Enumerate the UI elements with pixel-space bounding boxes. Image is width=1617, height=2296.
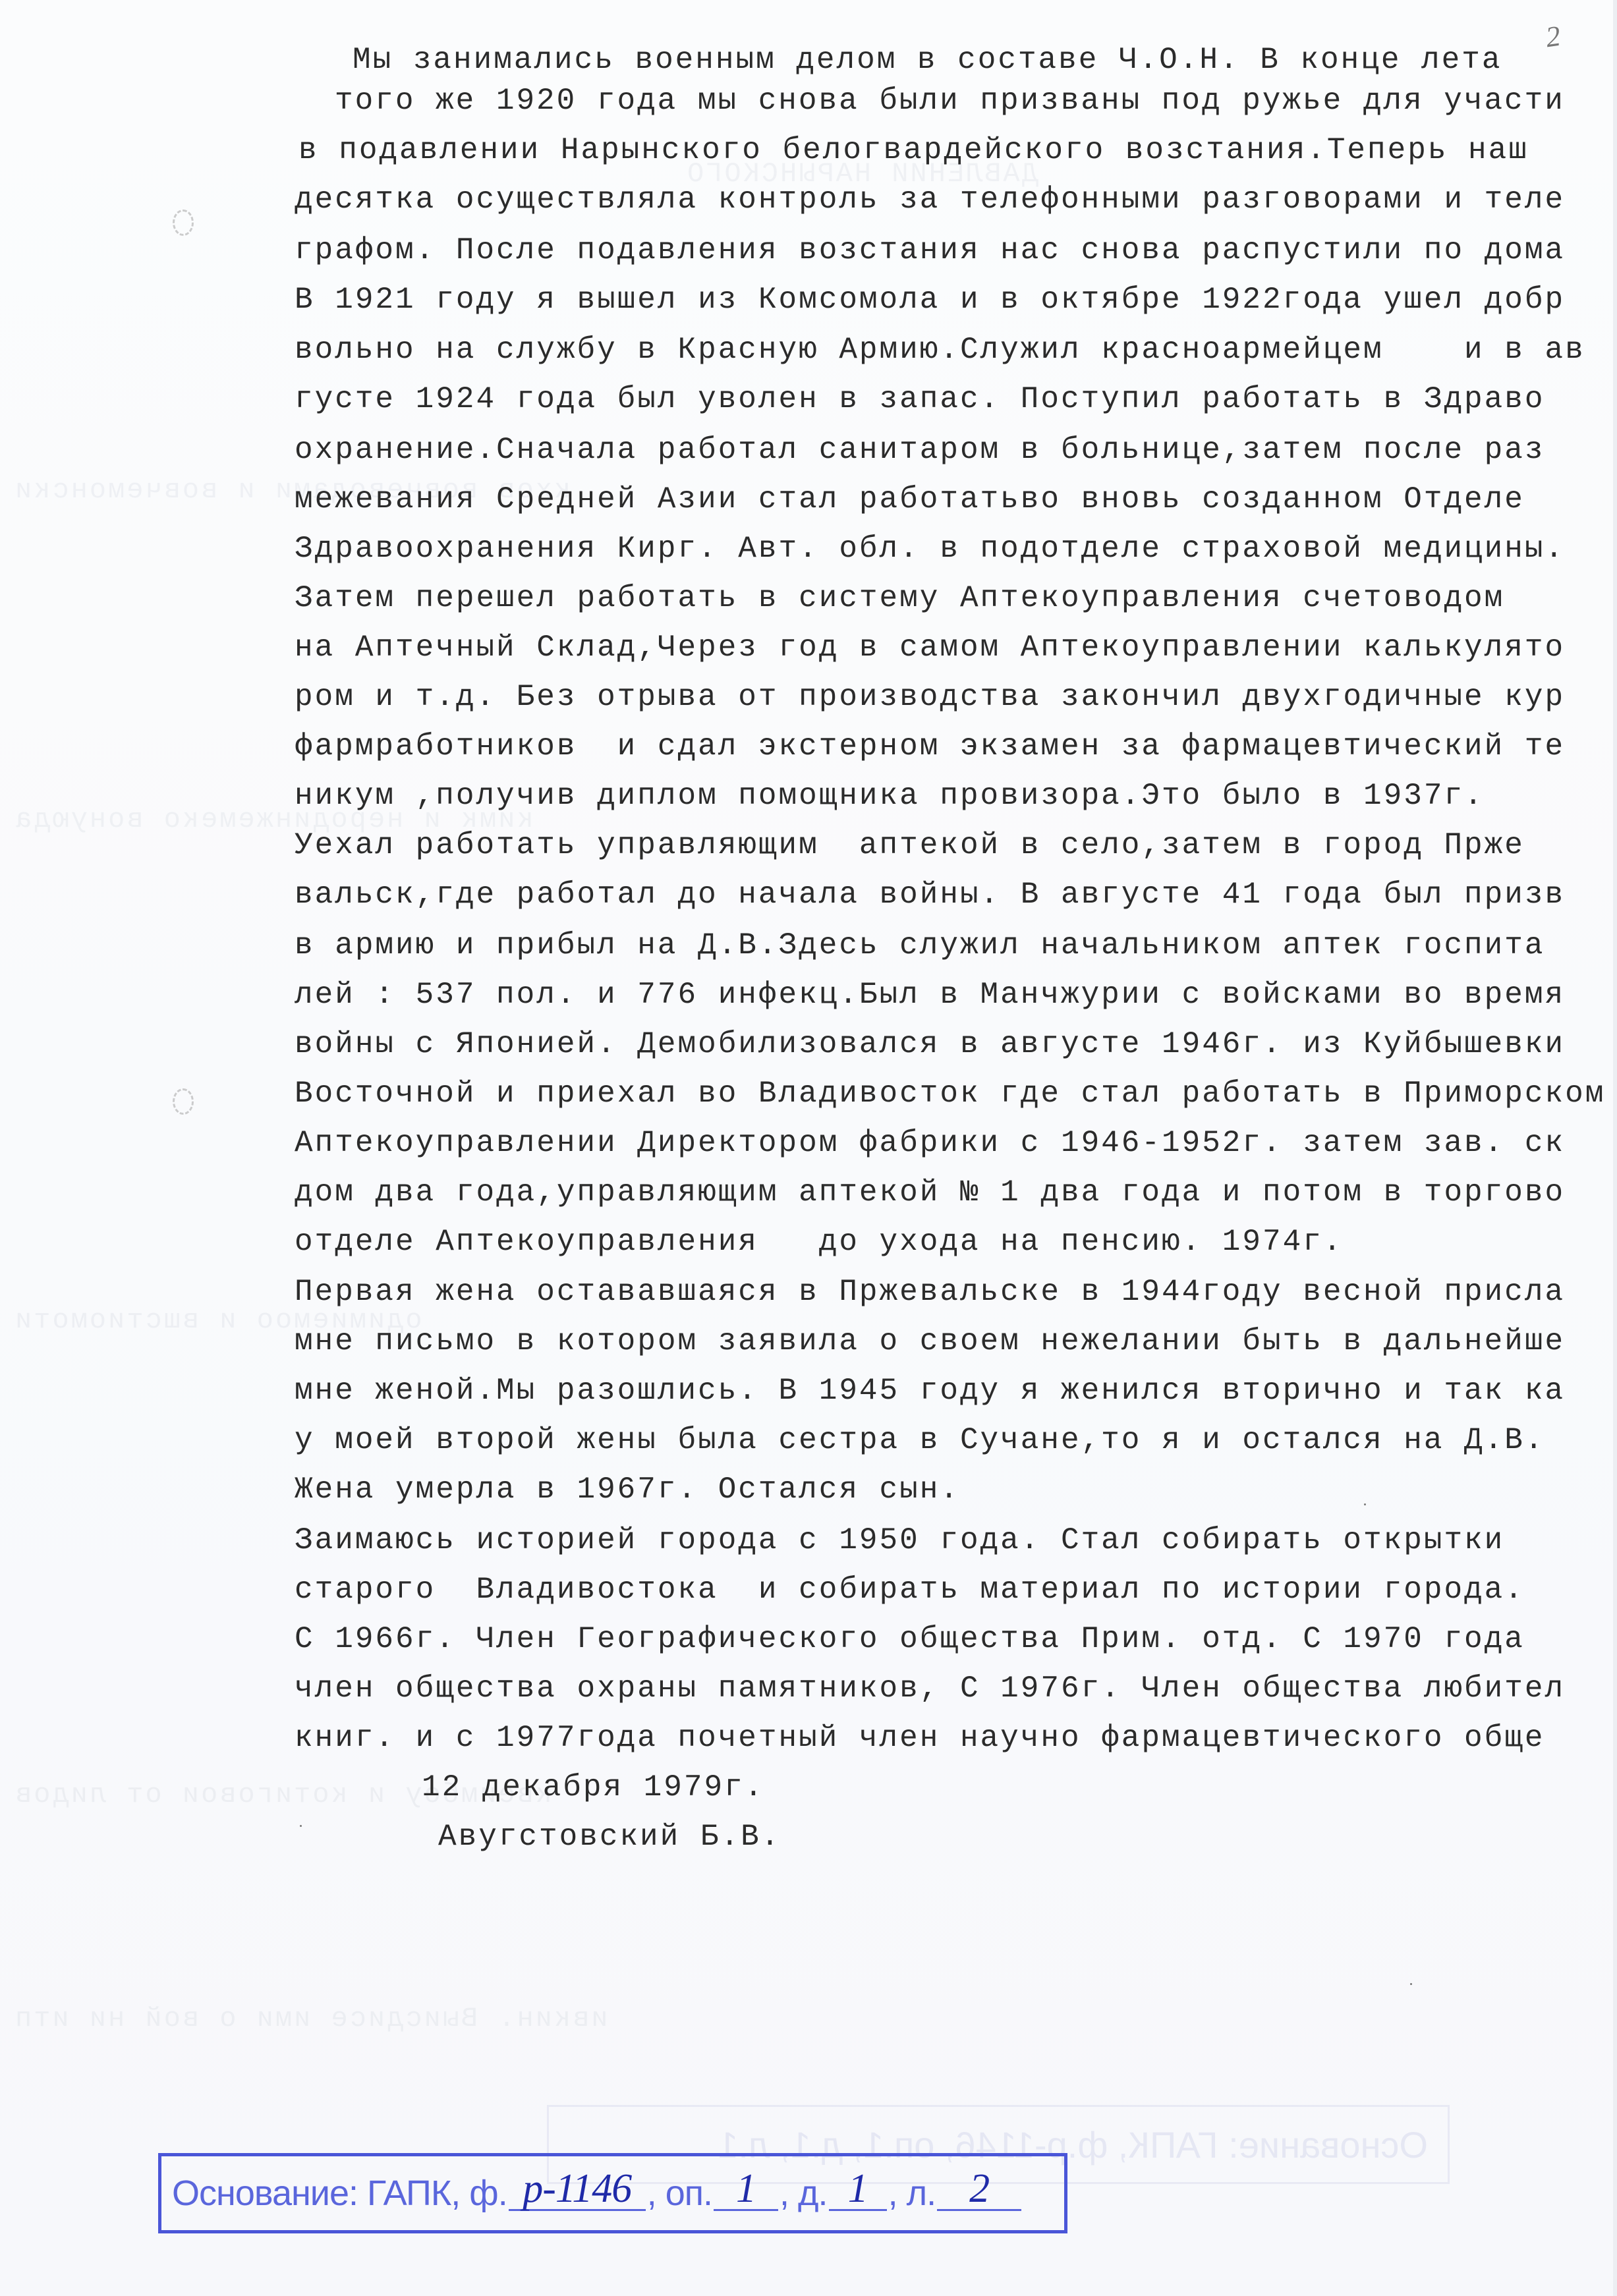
- stamp-delo-value: 1: [829, 2168, 887, 2211]
- signature-line: Авугстовский Б.В.: [438, 1822, 781, 1852]
- text-line: мне письмо в котором заявила о своем неж…: [295, 1326, 1565, 1357]
- text-line: Заимаюсь историей города с 1950 года. Ст…: [295, 1525, 1504, 1555]
- text-line: в армию и прибыл на Д.В.Здесь служил нач…: [295, 930, 1545, 961]
- stamp-list-label: , л.: [888, 2173, 936, 2214]
- text-line: Аптекоуправлении Директором фабрики с 19…: [295, 1128, 1565, 1158]
- punch-hole-mark: [173, 1088, 194, 1115]
- stamp-prefix: Основание: ГАПК, ф.: [172, 2173, 507, 2214]
- text-line: на Аптечный Склад,Через год в самом Апте…: [295, 632, 1565, 663]
- scan-speck: [1364, 1503, 1366, 1505]
- scan-speck: [1410, 1983, 1412, 1985]
- text-line: у моей второй жены была сестра в Сучане,…: [295, 1425, 1545, 1455]
- text-line: густе 1924 года был уволен в запас. Пост…: [295, 384, 1545, 414]
- text-line: вольно на службу в Красную Армию.Служил …: [295, 335, 1585, 365]
- stamp-list-value: 2: [937, 2168, 1021, 2211]
- text-line: десятка осуществляла контроль за телефон…: [295, 184, 1565, 215]
- text-line: никум ,получив диплом помощника провизор…: [295, 781, 1485, 811]
- text-line: в подавлении Нарынского белогвардейского…: [298, 135, 1529, 165]
- text-line: межевания Средней Азии стал работатьво в…: [295, 484, 1525, 515]
- stamp-opis-label: , оп.: [647, 2173, 712, 2214]
- text-line: Уехал работать управляющим аптекой в сел…: [295, 830, 1525, 860]
- typewritten-body: Мы занимались военным делом в составе Ч.…: [0, 0, 80, 1336]
- text-line: вальск,где работал до начала войны. В ав…: [295, 880, 1565, 910]
- page-edge: [1613, 0, 1617, 2296]
- text-line: Мы занимались военным делом в составе Ч.…: [353, 45, 1502, 75]
- text-line: войны с Японией. Демобилизовался в авгус…: [295, 1029, 1565, 1059]
- text-line: графом. После подавления возстания нас с…: [295, 235, 1565, 266]
- text-line: охранение.Сначала работал санитаром в бо…: [295, 435, 1545, 465]
- date-line: 12 декабря 1979г.: [422, 1772, 764, 1803]
- document-page: 2 ДАВЛЕНИИ НАРЫНСКОГО кхов вовчеводами и…: [0, 0, 1617, 2296]
- text-line: лей : 537 пол. и 776 инфекц.Был в Манчжу…: [295, 980, 1565, 1010]
- text-line: того же 1920 года мы снова были призваны…: [335, 86, 1565, 116]
- text-line: дом два года,управляющим аптекой № 1 два…: [295, 1177, 1565, 1208]
- stamp-delo-label: , д.: [780, 2173, 828, 2214]
- archive-reference-stamp: Основание: ГАПК, ф. р-1146 , оп. 1 , д. …: [158, 2153, 1067, 2233]
- text-line: Здравоохранения Кирг. Авт. обл. в подотд…: [295, 534, 1565, 564]
- text-line: книг. и с 1977года почетный член научно …: [295, 1723, 1545, 1753]
- text-line: Восточной и приехал во Владивосток где с…: [295, 1078, 1605, 1109]
- text-line: В 1921 году я вышел из Комсомола и в окт…: [295, 285, 1565, 315]
- text-line: Затем перешел работать в систему Аптекоу…: [295, 583, 1504, 613]
- stamp-opis-value: 1: [714, 2168, 778, 2211]
- scan-speck: [300, 1825, 302, 1827]
- page-number: 2: [1544, 19, 1563, 55]
- text-line: Первая жена остававшаяся в Пржевальске в…: [295, 1277, 1565, 1307]
- bleed-through-text: ивкин. Выисдисе ими о вой ни итп: [13, 2003, 608, 2034]
- punch-hole-mark: [173, 210, 194, 236]
- text-line: отделе Аптекоуправления до ухода на пенс…: [295, 1227, 1343, 1257]
- text-line: фармработников и сдал экстерном экзамен …: [295, 731, 1565, 762]
- stamp-fond-value: р-1146: [509, 2168, 646, 2211]
- text-line: Жена умерла в 1967г. Остался сын.: [295, 1474, 960, 1505]
- text-line: ром и т.д. Без отрыва от производства за…: [295, 682, 1565, 712]
- text-line: старого Владивостока и собирать материал…: [295, 1575, 1525, 1605]
- text-line: С 1966г. Член Географического общества П…: [295, 1624, 1525, 1654]
- text-line: мне женой.Мы разошлись. В 1945 году я же…: [295, 1376, 1565, 1406]
- text-line: член общества охраны памятников, С 1976г…: [295, 1673, 1565, 1704]
